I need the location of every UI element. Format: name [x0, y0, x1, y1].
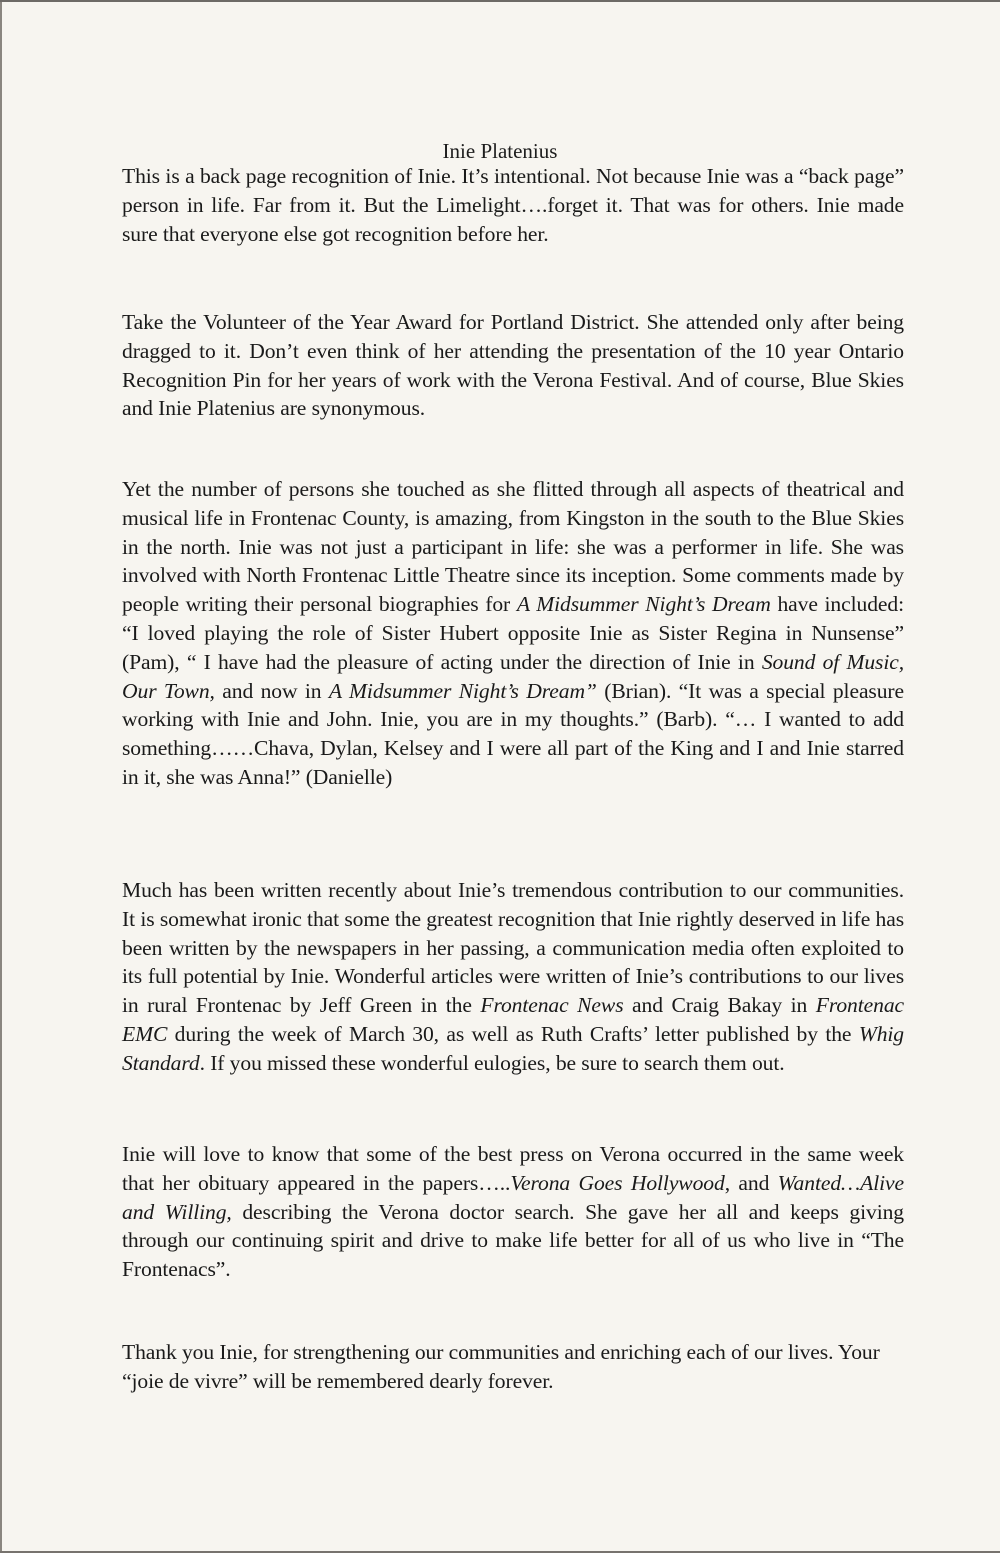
page-title: Inie Platenius — [0, 139, 1000, 164]
paragraph-back-page-recognition: This is a back page recognition of Inie.… — [122, 162, 904, 248]
italic-title-text: Frontenac News — [480, 993, 623, 1017]
paragraph-text: describing the Verona doctor search. She… — [122, 1200, 904, 1282]
italic-title-text: A Midsummer Night’s Dream — [517, 592, 771, 616]
paragraph-text: , and — [725, 1171, 778, 1195]
paragraph-volunteer-award: Take the Volunteer of the Year Award for… — [122, 308, 904, 423]
paragraph-text: during the week of March 30, as well as … — [167, 1022, 859, 1046]
paragraph-text: This is a back page recognition of Inie.… — [122, 164, 904, 246]
paragraph-text: Thank you Inie, for strengthening our co… — [122, 1340, 880, 1393]
paragraph-text: and Craig Bakay in — [624, 993, 816, 1017]
italic-title-text: Verona Goes Hollywood — [510, 1171, 724, 1195]
italic-title-text: A Midsummer Night’s Dream” — [329, 679, 597, 703]
paragraph-press-recognition: Much has been written recently about Ini… — [122, 876, 904, 1078]
paragraph-theatre-life: Yet the number of persons she touched as… — [122, 475, 904, 792]
paragraph-text: Take the Volunteer of the Year Award for… — [122, 310, 904, 420]
paragraph-thank-you: Thank you Inie, for strengthening our co… — [122, 1338, 882, 1396]
paragraph-verona-press: Inie will love to know that some of the … — [122, 1140, 904, 1284]
paragraph-text: and now in — [215, 679, 329, 703]
scanned-page: Inie Platenius This is a back page recog… — [0, 0, 1000, 1553]
paragraph-text: . If you missed these wonderful eulogies… — [200, 1051, 785, 1075]
